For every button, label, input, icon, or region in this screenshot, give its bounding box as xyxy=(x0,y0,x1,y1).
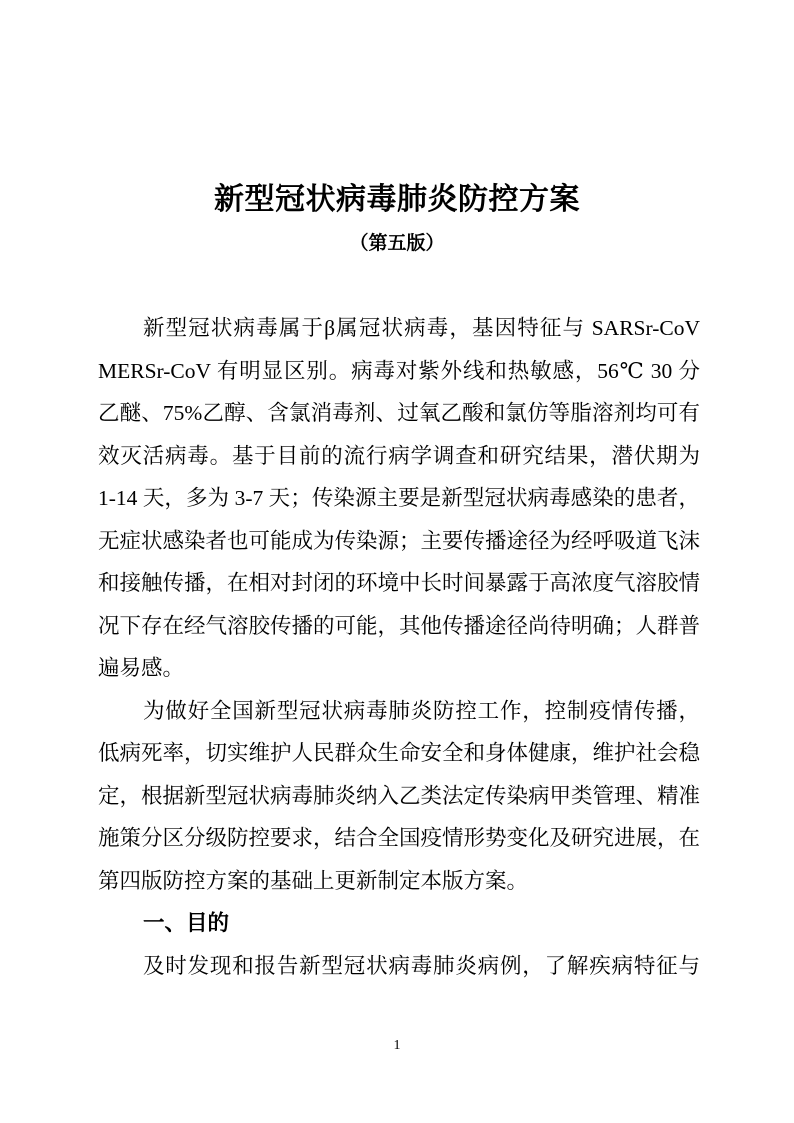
text-line: 为做好全国新型冠状病毒肺炎防控工作，控制疫情传播，降 xyxy=(98,690,700,733)
document-body: 新型冠状病毒属于β属冠状病毒，基因特征与 SARSr-CoV 和 MERSr-C… xyxy=(98,307,700,987)
paragraph-virus-overview: 新型冠状病毒属于β属冠状病毒，基因特征与 SARSr-CoV 和 MERSr-C… xyxy=(98,307,700,690)
text-line: 效灭活病毒。基于目前的流行病学调查和研究结果，潜伏期为 xyxy=(98,435,700,478)
text-line: 1-14 天，多为 3-7 天；传染源主要是新型冠状病毒感染的患者， xyxy=(98,477,700,520)
text-line: 乙醚、75%乙醇、含氯消毒剂、过氧乙酸和氯仿等脂溶剂均可有 xyxy=(98,392,700,435)
document-subtitle: （第五版） xyxy=(0,232,794,256)
text-line: 况下存在经气溶胶传播的可能，其他传播途径尚待明确；人群普 xyxy=(98,605,700,648)
document-page: 新型冠状病毒肺炎防控方案 （第五版） 新型冠状病毒属于β属冠状病毒，基因特征与 … xyxy=(0,0,794,1123)
page-number: 1 xyxy=(0,1037,794,1055)
document-title: 新型冠状病毒肺炎防控方案 xyxy=(0,182,794,218)
text-line: 第四版防控方案的基础上更新制定本版方案。 xyxy=(98,860,700,903)
text-line: 定，根据新型冠状病毒肺炎纳入乙类法定传染病甲类管理、精准 xyxy=(98,775,700,818)
text-line: 低病死率，切实维护人民群众生命安全和身体健康，维护社会稳 xyxy=(98,732,700,775)
section-heading-purpose: 一、目的 xyxy=(98,902,700,945)
text-line: 施策分区分级防控要求，结合全国疫情形势变化及研究进展，在 xyxy=(98,817,700,860)
text-line: 无症状感染者也可能成为传染源；主要传播途径为经呼吸道飞沫 xyxy=(98,520,700,563)
text-line: 及时发现和报告新型冠状病毒肺炎病例，了解疾病特征与暴 xyxy=(98,945,700,988)
text-line: 和接触传播，在相对封闭的环境中长时间暴露于高浓度气溶胶情 xyxy=(98,562,700,605)
text-line: 新型冠状病毒属于β属冠状病毒，基因特征与 SARSr-CoV 和 xyxy=(98,307,700,350)
paragraph-purpose-intro: 及时发现和报告新型冠状病毒肺炎病例，了解疾病特征与暴 xyxy=(98,945,700,988)
paragraph-plan-background: 为做好全国新型冠状病毒肺炎防控工作，控制疫情传播，降 低病死率，切实维护人民群众… xyxy=(98,690,700,903)
text-line: 遍易感。 xyxy=(98,647,700,690)
text-line: MERSr-CoV 有明显区别。病毒对紫外线和热敏感，56℃ 30 分钟、 xyxy=(98,350,700,393)
